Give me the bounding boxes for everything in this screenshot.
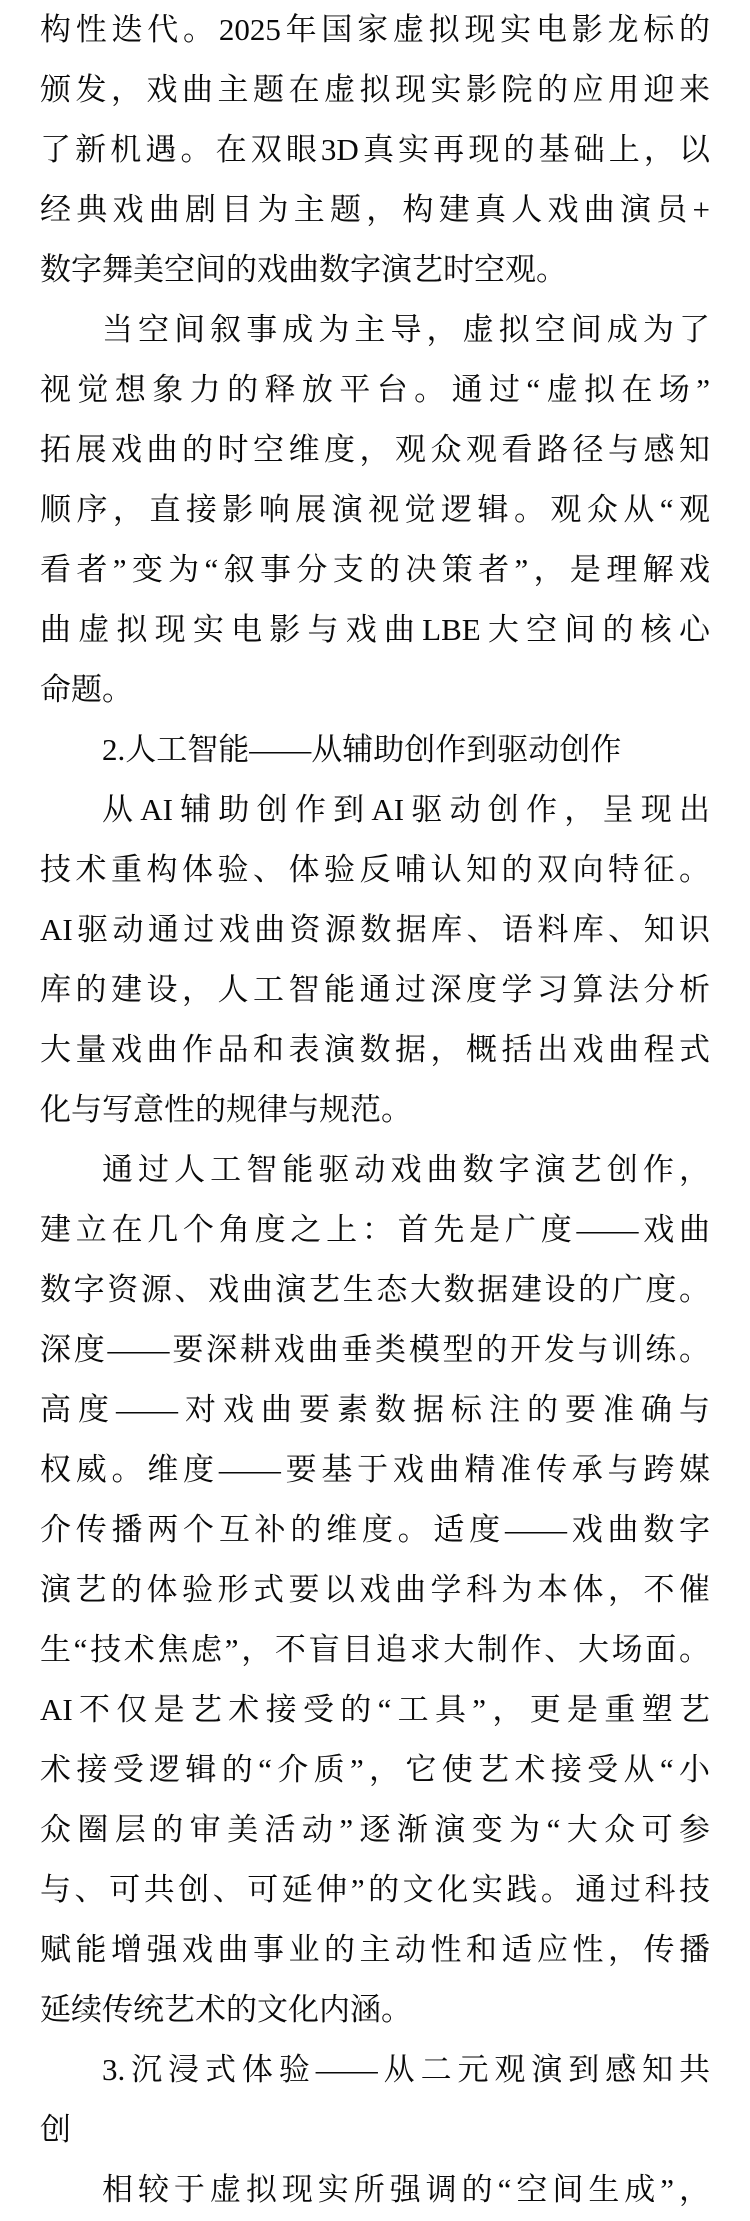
section-heading: 2.人工智能——从辅助创作到驱动创作: [40, 720, 710, 780]
text-line: 创: [40, 2100, 710, 2160]
text-line: AI驱动通过戏曲资源数据库、语料库、知识: [40, 900, 710, 960]
text-line: 技术重构体验、体验反哺认知的双向特征。: [40, 840, 710, 900]
text-line: 生“技术焦虑”，不盲目追求大制作、大场面。: [40, 1620, 710, 1680]
text-line: 化与写意性的规律与规范。: [40, 1080, 710, 1140]
text-line: 与、可共创、可延伸”的文化实践。通过科技: [40, 1860, 710, 1920]
text-line: 建立在几个角度之上：首先是广度——戏曲: [40, 1200, 710, 1260]
text-line: 数字资源、戏曲演艺生态大数据建设的广度。: [40, 1260, 710, 1320]
text-line: 通过人工智能驱动戏曲数字演艺创作，: [40, 1140, 710, 1200]
text-line: 延续传统艺术的文化内涵。: [40, 1980, 710, 2040]
text-line: 拓展戏曲的时空维度，观众观看路径与感知: [40, 420, 710, 480]
text-line: 深度——要深耕戏曲垂类模型的开发与训练。: [40, 1320, 710, 1380]
text-line: AI不仅是艺术接受的“工具”，更是重塑艺: [40, 1680, 710, 1740]
text-line: 相较于虚拟现实所强调的“空间生成”，: [40, 2160, 710, 2220]
text-line: 颁发，戏曲主题在虚拟现实影院的应用迎来: [40, 60, 710, 120]
text-line: 经典戏曲剧目为主题，构建真人戏曲演员+: [40, 180, 710, 240]
text-line: 赋能增强戏曲事业的主动性和适应性，传播: [40, 1920, 710, 1980]
text-line: 众圈层的审美活动”逐渐演变为“大众可参: [40, 1800, 710, 1860]
text-line: 从AI辅助创作到AI驱动创作，呈现出: [40, 780, 710, 840]
text-line: 大量戏曲作品和表演数据，概括出戏曲程式: [40, 1020, 710, 1080]
text-line: 命题。: [40, 660, 710, 720]
text-line: 顺序，直接影响展演视觉逻辑。观众从“观: [40, 480, 710, 540]
text-line: 数字舞美空间的戏曲数字演艺时空观。: [40, 240, 710, 300]
section-heading: 3.沉浸式体验——从二元观演到感知共: [40, 2040, 710, 2100]
text-line: 当空间叙事成为主导，虚拟空间成为了: [40, 300, 710, 360]
text-line: 演艺的体验形式要以戏曲学科为本体，不催: [40, 1560, 710, 1620]
text-line: 构性迭代。2025年国家虚拟现实电影龙标的: [40, 0, 710, 60]
text-line: 曲虚拟现实电影与戏曲LBE大空间的核心: [40, 600, 710, 660]
text-line: 高度——对戏曲要素数据标注的要准确与: [40, 1380, 710, 1440]
text-line: 权威。维度——要基于戏曲精准传承与跨媒: [40, 1440, 710, 1500]
document-page: 构性迭代。2025年国家虚拟现实电影龙标的 颁发，戏曲主题在虚拟现实影院的应用迎…: [0, 0, 750, 2221]
text-line: 库的建设，人工智能通过深度学习算法分析: [40, 960, 710, 1020]
text-line: 视觉想象力的释放平台。通过“虚拟在场”: [40, 360, 710, 420]
text-line: 介传播两个互补的维度。适度——戏曲数字: [40, 1500, 710, 1560]
text-line: 了新机遇。在双眼3D真实再现的基础上，以: [40, 120, 710, 180]
text-line: 看者”变为“叙事分支的决策者”，是理解戏: [40, 540, 710, 600]
text-line: 术接受逻辑的“介质”，它使艺术接受从“小: [40, 1740, 710, 1800]
